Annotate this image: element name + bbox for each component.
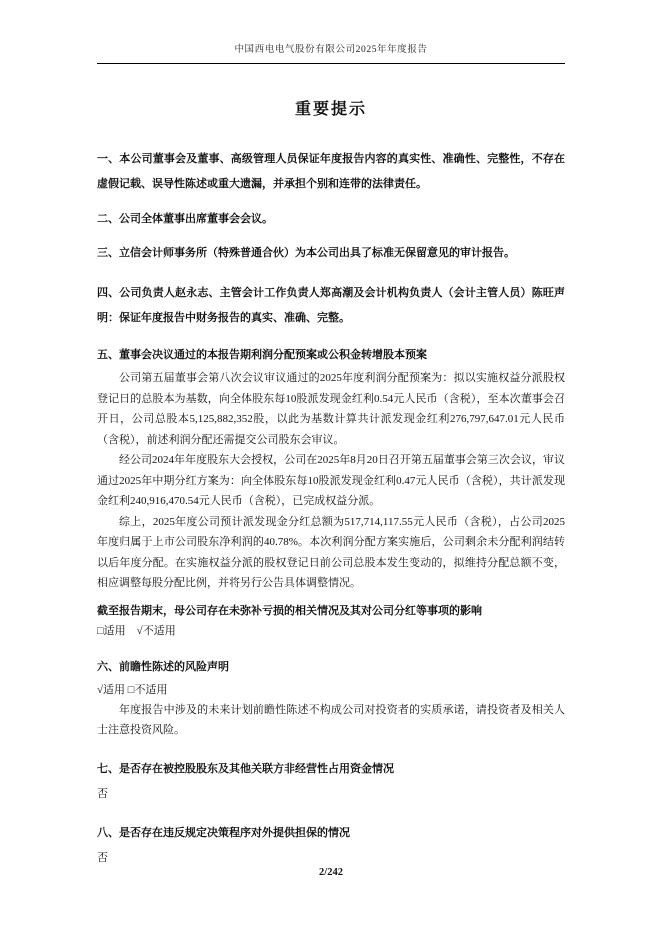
- section5-para-1: 公司第五届董事会第八次会议审议通过的2025年度利润分配预案为：拟以实施权益分派…: [97, 368, 565, 450]
- page-header-title: 中国西电电气股份有限公司2025年年度报告: [234, 45, 427, 55]
- section8-answer: 否: [97, 848, 565, 868]
- not-applicable-label: 不适用: [134, 684, 167, 696]
- checkbox-unchecked-icon: □: [97, 625, 104, 637]
- statement-3: 三、立信会计师事务所（特殊普通合伙）为本公司出具了标准无保留意见的审计报告。: [97, 241, 565, 266]
- applicable-label: 适用: [103, 684, 125, 696]
- page-footer: 2/242: [0, 867, 662, 878]
- section8-heading: 八、是否存在违反规定决策程序对外提供担保的情况: [97, 821, 565, 846]
- page-content: 重要提示 一、本公司董事会及董事、高级管理人员保证年度报告内容的真实性、准确性、…: [97, 99, 565, 868]
- statement-2: 二、公司全体董事出席董事会会议。: [97, 207, 565, 232]
- page-number: 2/242: [319, 867, 343, 878]
- section5-para-2: 经公司2024年年度股东大会授权，公司在2025年8月20日召开第五届董事会第三…: [97, 450, 565, 512]
- statement-1: 一、本公司董事会及董事、高级管理人员保证年度报告内容的真实性、准确性、完整性，不…: [97, 147, 565, 197]
- section7-heading: 七、是否存在被控股股东及其他关联方非经营性占用资金情况: [97, 757, 565, 782]
- statement-4: 四、公司负责人赵永志、主管会计工作负责人郑高潮及会计机构负责人（会计主管人员）陈…: [97, 281, 565, 331]
- section5-heading: 五、董事会决议通过的本报告期利润分配预案或公积金转增股本预案: [97, 343, 565, 368]
- section6-para: 年度报告中涉及的未来计划前瞻性陈述不构成公司对投资者的实质承诺，请投资者及相关人…: [97, 700, 565, 741]
- applicable-label: 适用: [104, 625, 126, 637]
- section6-heading: 六、前瞻性陈述的风险声明: [97, 655, 565, 680]
- not-applicable-label: 不适用: [143, 625, 176, 637]
- section6-applicability-line: √适用 □不适用: [97, 680, 565, 700]
- loss-applicability-line: □适用√不适用: [97, 621, 565, 641]
- section5-para-3: 综上，2025年度公司预计派发现金分红总额为517,714,117.55元人民币…: [97, 512, 565, 594]
- page-header: 中国西电电气股份有限公司2025年年度报告: [97, 41, 565, 64]
- loss-carryforward-heading: 截至报告期末，母公司存在未弥补亏损的相关情况及其对公司分红等事项的影响: [97, 601, 565, 621]
- document-title: 重要提示: [97, 99, 565, 121]
- section7-answer: 否: [97, 784, 565, 804]
- report-page: 中国西电电气股份有限公司2025年年度报告 重要提示 一、本公司董事会及董事、高…: [0, 0, 662, 936]
